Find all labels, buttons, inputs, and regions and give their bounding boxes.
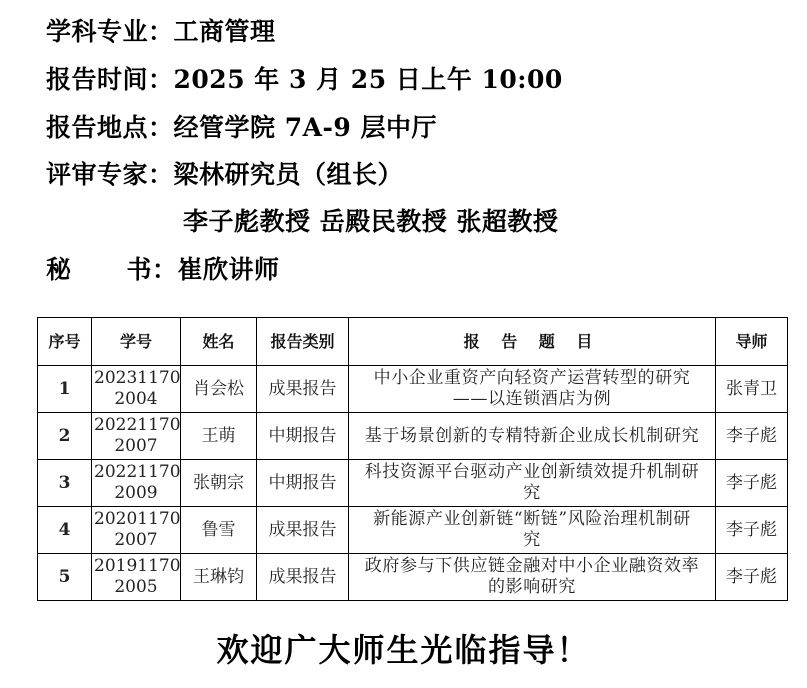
- major-value: 工商管理: [174, 17, 276, 46]
- cell-student-id: 202011702007: [92, 507, 181, 554]
- schedule-table: 序号 学号 姓名 报告类别 报 告 题 目 导师 1 202311702004 …: [37, 317, 788, 601]
- title-line1: 政府参与下供应链金融对中小企业融资效率: [351, 556, 713, 577]
- header-seq: 序号: [38, 318, 92, 366]
- experts-value: 梁林研究员（组长）: [174, 160, 404, 189]
- cell-seq: 4: [38, 507, 92, 554]
- location-label: 报告地点：: [46, 113, 174, 142]
- id-line2: 2005: [94, 577, 178, 598]
- cell-advisor: 李子彪: [716, 507, 788, 554]
- table-row: 2 202211702007 王萌 中期报告 基于场景创新的专精特新企业成长机制…: [38, 413, 788, 460]
- table-row: 1 202311702004 肖会松 成果报告 中小企业重资产向轻资产运营转型的…: [38, 366, 788, 413]
- cell-advisor: 李子彪: [716, 554, 788, 601]
- cell-type: 成果报告: [257, 366, 349, 413]
- id-line2: 2007: [94, 436, 178, 457]
- cell-seq: 1: [38, 366, 92, 413]
- secretary-value: 崔欣讲师: [178, 255, 280, 284]
- cell-title: 基于场景创新的专精特新企业成长机制研究: [349, 413, 716, 460]
- info-major: 学科专业：工商管理: [46, 17, 276, 47]
- table-row: 5 201911702005 王琳钧 成果报告 政府参与下供应链金融对中小企业融…: [38, 554, 788, 601]
- table-row: 3 202211702009 张朝宗 中期报告 科技资源平台驱动产业创新绩效提升…: [38, 460, 788, 507]
- info-secretary: 秘书：崔欣讲师: [46, 255, 280, 285]
- location-value: 经管学院 7A-9 层中厅: [174, 113, 437, 142]
- title-line2: ——以连锁酒店为例: [351, 389, 713, 410]
- cell-seq: 3: [38, 460, 92, 507]
- cell-name: 鲁雪: [181, 507, 257, 554]
- id-line1: 20201170: [94, 509, 178, 530]
- cell-advisor: 张青卫: [716, 366, 788, 413]
- time-label: 报告时间：: [46, 65, 174, 94]
- closing-message: 欢迎广大师生光临指导！: [0, 630, 807, 670]
- cell-seq: 5: [38, 554, 92, 601]
- id-line2: 2009: [94, 483, 178, 504]
- id-line1: 20231170: [94, 368, 178, 389]
- cell-type: 成果报告: [257, 507, 349, 554]
- info-location: 报告地点：经管学院 7A-9 层中厅: [46, 113, 437, 143]
- table-header-row: 序号 学号 姓名 报告类别 报 告 题 目 导师: [38, 318, 788, 366]
- title-line1: 基于场景创新的专精特新企业成长机制研究: [351, 426, 713, 447]
- secretary-label-first: 秘: [46, 255, 72, 284]
- title-line2: 究: [351, 530, 713, 551]
- title-line1: 中小企业重资产向轻资产运营转型的研究: [351, 368, 713, 389]
- cell-student-id: 202311702004: [92, 366, 181, 413]
- cell-student-id: 202211702009: [92, 460, 181, 507]
- secretary-label-last: 书：: [127, 255, 178, 284]
- major-label: 学科专业：: [46, 17, 174, 46]
- header-student-id: 学号: [92, 318, 181, 366]
- cell-type: 成果报告: [257, 554, 349, 601]
- title-line2: 究: [351, 483, 713, 504]
- cell-name: 肖会松: [181, 366, 257, 413]
- cell-title: 科技资源平台驱动产业创新绩效提升机制研究: [349, 460, 716, 507]
- table-row: 4 202011702007 鲁雪 成果报告 新能源产业创新链“断链”风险治理机…: [38, 507, 788, 554]
- cell-title: 新能源产业创新链“断链”风险治理机制研究: [349, 507, 716, 554]
- header-type: 报告类别: [257, 318, 349, 366]
- cell-type: 中期报告: [257, 413, 349, 460]
- cell-title: 中小企业重资产向轻资产运营转型的研究——以连锁酒店为例: [349, 366, 716, 413]
- id-line1: 20191170: [94, 556, 178, 577]
- id-line1: 20221170: [94, 462, 178, 483]
- header-advisor: 导师: [716, 318, 788, 366]
- cell-student-id: 202211702007: [92, 413, 181, 460]
- cell-type: 中期报告: [257, 460, 349, 507]
- id-line2: 2007: [94, 530, 178, 551]
- info-experts-line2: 李子彪教授 岳殿民教授 张超教授: [183, 207, 558, 237]
- header-name: 姓名: [181, 318, 257, 366]
- cell-name: 张朝宗: [181, 460, 257, 507]
- time-value: 2025 年 3 月 25 日上午 10:00: [174, 65, 563, 94]
- title-line1: 科技资源平台驱动产业创新绩效提升机制研: [351, 462, 713, 483]
- cell-advisor: 李子彪: [716, 413, 788, 460]
- cell-advisor: 李子彪: [716, 460, 788, 507]
- cell-seq: 2: [38, 413, 92, 460]
- title-line1: 新能源产业创新链“断链”风险治理机制研: [351, 509, 713, 530]
- header-title: 报 告 题 目: [349, 318, 716, 366]
- title-line2: 的影响研究: [351, 577, 713, 598]
- cell-name: 王琳钧: [181, 554, 257, 601]
- info-experts: 评审专家：梁林研究员（组长）: [46, 160, 403, 190]
- cell-name: 王萌: [181, 413, 257, 460]
- cell-student-id: 201911702005: [92, 554, 181, 601]
- id-line2: 2004: [94, 389, 178, 410]
- experts-value-line2: 李子彪教授 岳殿民教授 张超教授: [183, 207, 558, 236]
- info-time: 报告时间：2025 年 3 月 25 日上午 10:00: [46, 65, 563, 95]
- cell-title: 政府参与下供应链金融对中小企业融资效率的影响研究: [349, 554, 716, 601]
- experts-label: 评审专家：: [46, 160, 174, 189]
- id-line1: 20221170: [94, 415, 178, 436]
